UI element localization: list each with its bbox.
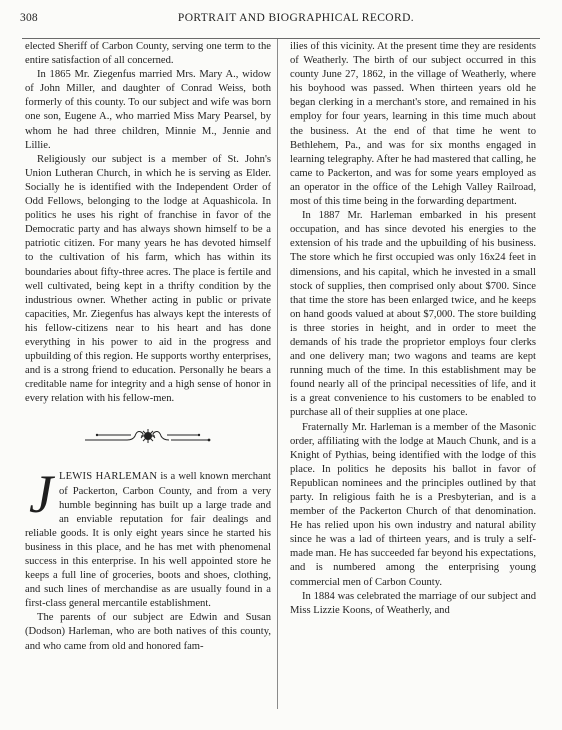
subject-name: LEWIS HARLEMAN: [59, 471, 157, 482]
column-divider: [277, 39, 278, 709]
ornament-divider-icon: [83, 426, 213, 448]
paragraph: Fraternally Mr. Harleman is a member of …: [290, 421, 536, 590]
paragraph: In 1887 Mr. Harleman embarked in his pre…: [290, 209, 536, 420]
right-column: ilies of this vicinity. At the present t…: [290, 40, 536, 618]
header-rule: [22, 38, 540, 39]
running-head: PORTRAIT AND BIOGRAPHICAL RECORD.: [20, 12, 542, 24]
paragraph: In 1884 was celebrated the marriage of o…: [290, 590, 536, 618]
left-column: elected Sheriff of Carbon County, servin…: [25, 40, 271, 654]
paragraph: Religiously our subject is a member of S…: [25, 153, 271, 407]
book-page: 308 PORTRAIT AND BIOGRAPHICAL RECORD. el…: [0, 0, 562, 730]
paragraph: The parents of our subject are Edwin and…: [25, 611, 271, 653]
page-header: 308 PORTRAIT AND BIOGRAPHICAL RECORD.: [20, 10, 542, 30]
drop-cap: J: [29, 472, 53, 520]
paragraph: elected Sheriff of Carbon County, servin…: [25, 40, 271, 68]
intro-text: is a well known merchant of Packerton, C…: [25, 471, 271, 609]
paragraph: ilies of this vicinity. At the present t…: [290, 40, 536, 209]
biography-intro: J LEWIS HARLEMAN is a well known merchan…: [25, 470, 271, 611]
paragraph: In 1865 Mr. Ziegenfus married Mrs. Mary …: [25, 68, 271, 153]
